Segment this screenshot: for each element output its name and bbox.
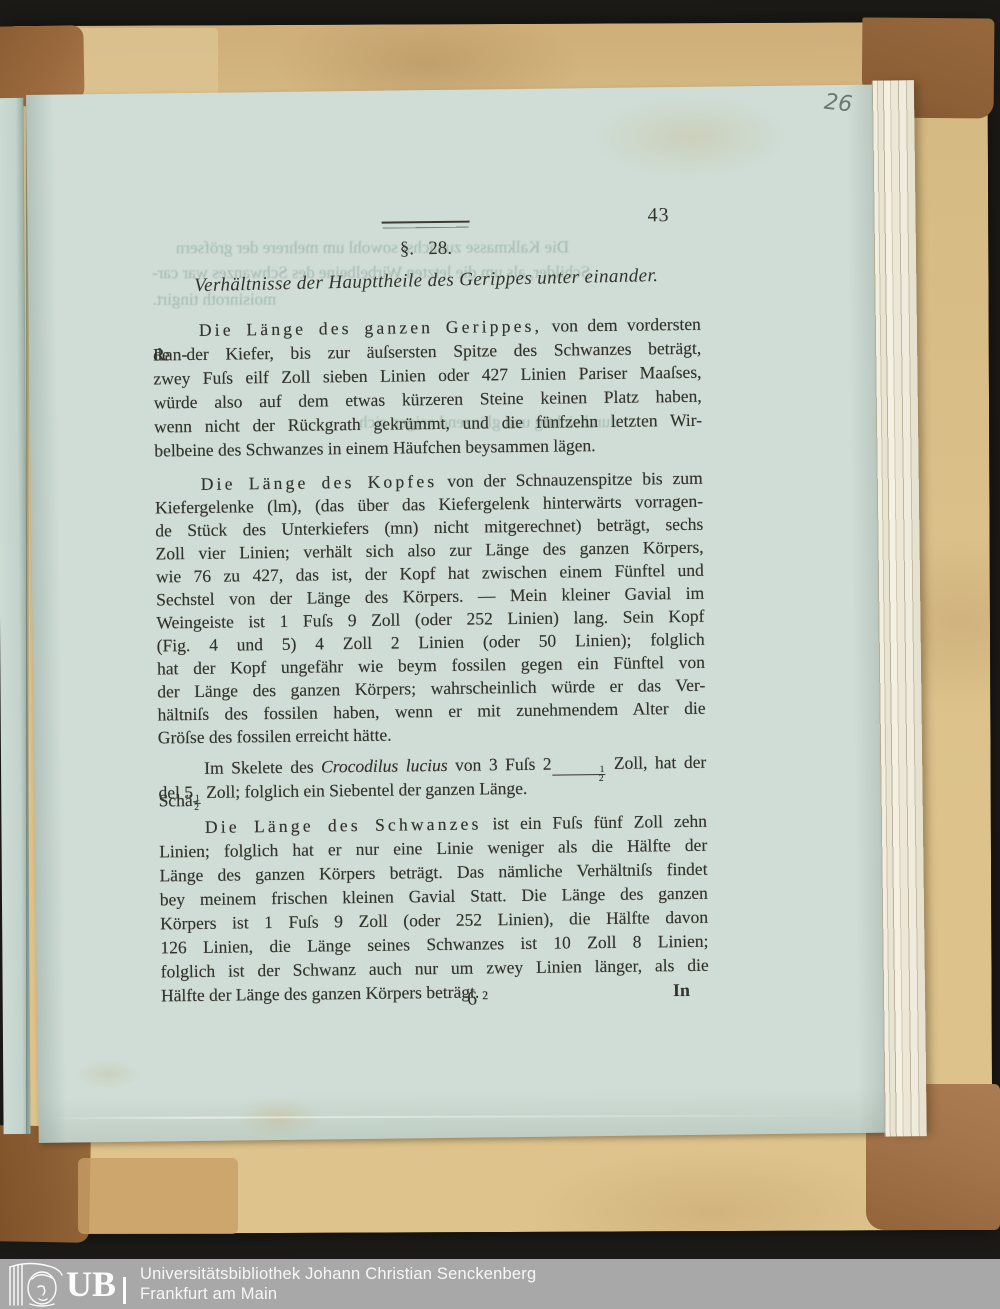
text-segment: belbeine des Schwanzes in einem Häufchen…: [154, 435, 595, 460]
scanned-book-photo: { "colors":{ "background":"#1c1a17", "pa…: [0, 0, 1000, 1309]
page-wrap: 26 Die Kalkmasse zunächst sowohl um mehr…: [26, 85, 885, 1143]
library-banner: UB Universitätsbibliothek Johann Christi…: [0, 1259, 1000, 1309]
text-segment: Im Skelete des: [204, 756, 321, 777]
printed-text-layer: Die Kalkmasse zunächst sowohl um mehrere…: [150, 87, 711, 1142]
cover-stain: [78, 1158, 238, 1234]
paragraph: Im Skelete des Crocodilus lucius von 3 F…: [158, 750, 707, 805]
cover-paper-patch: [68, 28, 218, 98]
text-segment: Gröſse des fossilen erreicht hätte.: [158, 725, 392, 748]
ub-logo-text: UB: [66, 1261, 116, 1307]
paragraph: Die Länge des Kopfes von der Schnauzensp…: [155, 467, 706, 750]
text-segment: hältniſs des fossilen haben, wenn er mit…: [157, 698, 705, 725]
handwritten-foliation-number: 26: [823, 90, 854, 118]
text-segment: Crocodilus lucius: [321, 755, 448, 777]
text-segment: folglich ist der Schwanz auch nur um zwe…: [161, 955, 709, 982]
text-segment: Zoll; folglich ein Siebentel der ganzen …: [202, 778, 528, 802]
goethe-portrait-icon: [8, 1261, 64, 1307]
text-segment: Die Länge des Schwanzes: [205, 813, 482, 836]
library-logo: UB: [8, 1261, 126, 1307]
text-segment: wenn nicht der Rückgrath gekrümmt, und d…: [154, 410, 702, 437]
page-number: 43: [647, 204, 669, 227]
scanned-page: 26 Die Kalkmasse zunächst sowohl um mehr…: [26, 85, 885, 1143]
text-segment: Hälfte der Länge des ganzen Körpers betr…: [161, 982, 479, 1006]
text-segment: ist ein Fuſs fünf Zoll zehn: [481, 811, 707, 834]
logo-divider: [123, 1277, 126, 1304]
text-segment: von der Schnauzenspitze bis zum: [437, 468, 703, 491]
banner-location: Frankfurt am Main: [140, 1284, 536, 1305]
catchword: In: [673, 980, 690, 1001]
banner-institution: Universitätsbibliothek Johann Christian …: [140, 1264, 536, 1285]
paragraph: Die Länge des Schwanzes ist ein Fuſs fün…: [159, 809, 709, 1008]
signature-mark: 6 ²: [467, 987, 488, 1010]
text-segment: Die Länge des ganzen Gerippes,: [199, 316, 543, 340]
banner-text: Universitätsbibliothek Johann Christian …: [140, 1264, 536, 1305]
text-segment: del 5: [158, 782, 193, 802]
section-divider-rule: [382, 221, 470, 228]
text-segment: Die Länge des Kopfes: [201, 471, 438, 494]
fraction: 12: [553, 766, 606, 784]
paragraph: Die Länge des ganzen Gerippes, von dem v…: [153, 312, 703, 463]
text-segment: von 3 Fuſs 2: [447, 754, 551, 775]
fraction: 12: [194, 795, 201, 812]
